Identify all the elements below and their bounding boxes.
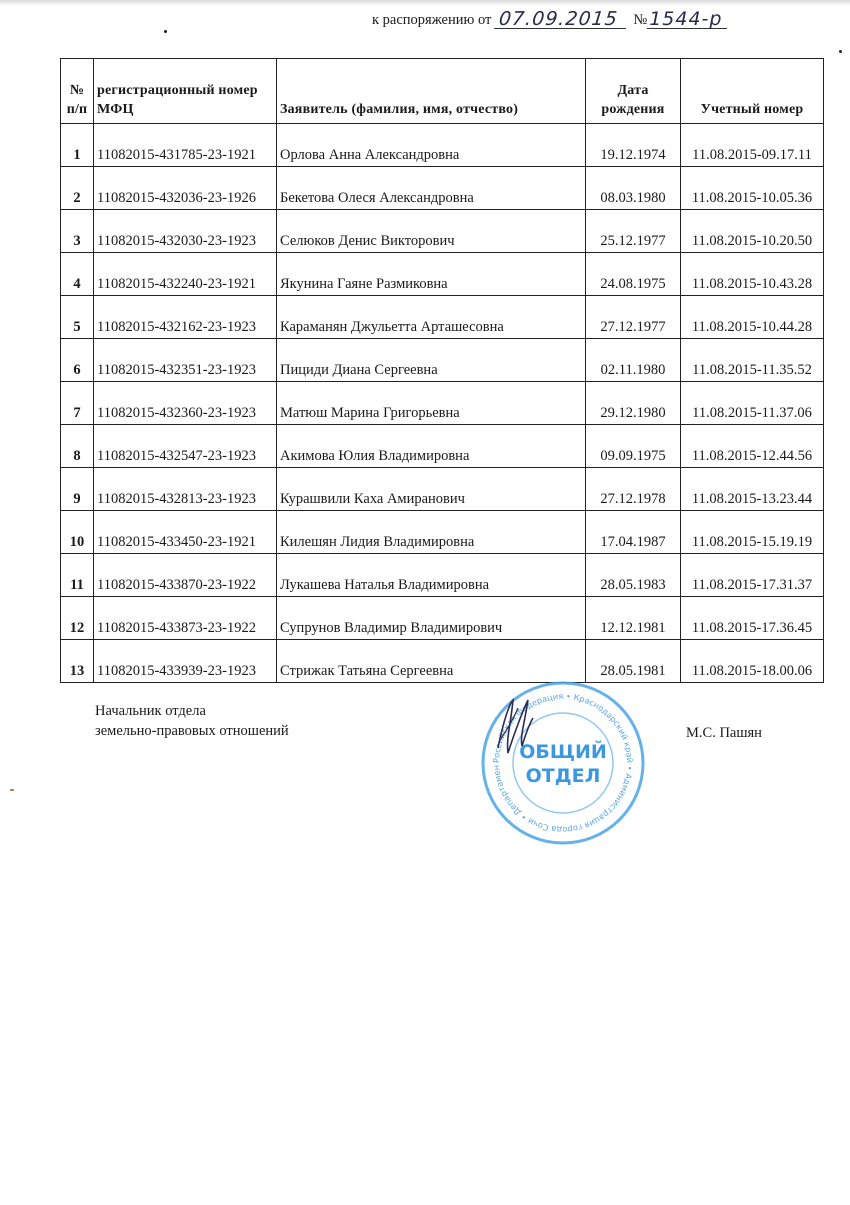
row-number: 1 bbox=[61, 124, 94, 167]
row-number: 7 bbox=[61, 382, 94, 425]
registration-number: 11082015-432351-23-1923 bbox=[94, 339, 277, 382]
table-row: 1111082015-433870-23-1922Лукашева Наталь… bbox=[61, 554, 824, 597]
stamp-outer-ring bbox=[483, 683, 643, 843]
registration-number: 11082015-432036-23-1926 bbox=[94, 167, 277, 210]
birth-date: 02.11.1980 bbox=[586, 339, 681, 382]
registration-number: 11082015-432240-23-1921 bbox=[94, 253, 277, 296]
table-body: 111082015-431785-23-1921Орлова Анна Алек… bbox=[61, 124, 824, 683]
row-number: 12 bbox=[61, 597, 94, 640]
registration-number: 11082015-432813-23-1923 bbox=[94, 468, 277, 511]
table-header-row: № п/п регистрационный номер МФЦ Заявител… bbox=[61, 59, 824, 124]
applicant-name: Акимова Юлия Владимировна bbox=[277, 425, 586, 468]
birth-date: 08.03.1980 bbox=[586, 167, 681, 210]
table-row: 1211082015-433873-23-1922Супрунов Владим… bbox=[61, 597, 824, 640]
position-line-2: земельно-правовых отношений bbox=[95, 721, 289, 741]
official-stamp: Российская Федерация • Краснодарский кра… bbox=[478, 678, 648, 848]
row-number: 3 bbox=[61, 210, 94, 253]
order-reference: к распоряжению от 07.09.2015 № 1544-р bbox=[372, 10, 727, 29]
birth-date: 09.09.1975 bbox=[586, 425, 681, 468]
applicant-name: Супрунов Владимир Владимирович bbox=[277, 597, 586, 640]
col-header-number: № п/п bbox=[61, 59, 94, 124]
account-number: 11.08.2015-15.19.19 bbox=[681, 511, 824, 554]
account-number: 11.08.2015-10.44.28 bbox=[681, 296, 824, 339]
table-row: 611082015-432351-23-1923Пициди Диана Сер… bbox=[61, 339, 824, 382]
applicant-name: Караманян Джульетта Арташесовна bbox=[277, 296, 586, 339]
col-header-applicant: Заявитель (фамилия, имя, отчество) bbox=[277, 59, 586, 124]
row-number: 13 bbox=[61, 640, 94, 683]
table-row: 111082015-431785-23-1921Орлова Анна Алек… bbox=[61, 124, 824, 167]
scan-speck bbox=[164, 30, 167, 33]
applicant-name: Килешян Лидия Владимировна bbox=[277, 511, 586, 554]
scan-speck bbox=[839, 50, 842, 53]
account-number: 11.08.2015-17.31.37 bbox=[681, 554, 824, 597]
registration-number: 11082015-433939-23-1923 bbox=[94, 640, 277, 683]
row-number: 2 bbox=[61, 167, 94, 210]
scan-speck bbox=[10, 789, 14, 791]
birth-date: 17.04.1987 bbox=[586, 511, 681, 554]
applicant-name: Пициди Диана Сергеевна bbox=[277, 339, 586, 382]
registration-number: 11082015-432547-23-1923 bbox=[94, 425, 277, 468]
table-row: 211082015-432036-23-1926Бекетова Олеся А… bbox=[61, 167, 824, 210]
row-number: 11 bbox=[61, 554, 94, 597]
account-number: 11.08.2015-10.43.28 bbox=[681, 253, 824, 296]
row-number: 6 bbox=[61, 339, 94, 382]
table-row: 911082015-432813-23-1923Курашвили Каха А… bbox=[61, 468, 824, 511]
birth-date: 29.12.1980 bbox=[586, 382, 681, 425]
applicants-table: № п/п регистрационный номер МФЦ Заявител… bbox=[60, 58, 824, 683]
number-sign: № bbox=[633, 12, 647, 29]
table-row: 811082015-432547-23-1923Акимова Юлия Вла… bbox=[61, 425, 824, 468]
row-number: 4 bbox=[61, 253, 94, 296]
table-row: 411082015-432240-23-1921Якунина Гаяне Ра… bbox=[61, 253, 824, 296]
birth-date: 28.05.1983 bbox=[586, 554, 681, 597]
account-number: 11.08.2015-11.35.52 bbox=[681, 339, 824, 382]
registration-number: 11082015-432030-23-1923 bbox=[94, 210, 277, 253]
account-number: 11.08.2015-11.37.06 bbox=[681, 382, 824, 425]
registration-number: 11082015-431785-23-1921 bbox=[94, 124, 277, 167]
row-number: 9 bbox=[61, 468, 94, 511]
order-date-handwritten: 07.09.2015 bbox=[494, 10, 628, 29]
birth-date: 25.12.1977 bbox=[586, 210, 681, 253]
signatory-position: Начальник отдела земельно-правовых отнош… bbox=[95, 701, 289, 741]
col-header-birth-date: Дата рождения bbox=[586, 59, 681, 124]
account-number: 11.08.2015-10.20.50 bbox=[681, 210, 824, 253]
table-row: 1011082015-433450-23-1921Килешян Лидия В… bbox=[61, 511, 824, 554]
row-number: 10 bbox=[61, 511, 94, 554]
birth-date: 27.12.1978 bbox=[586, 468, 681, 511]
account-number: 11.08.2015-18.00.06 bbox=[681, 640, 824, 683]
table-row: 511082015-432162-23-1923Караманян Джулье… bbox=[61, 296, 824, 339]
row-number: 5 bbox=[61, 296, 94, 339]
registration-number: 11082015-432360-23-1923 bbox=[94, 382, 277, 425]
birth-date: 24.08.1975 bbox=[586, 253, 681, 296]
stamp-center-line-2: ОТДЕЛ bbox=[526, 765, 601, 787]
registration-number: 11082015-433873-23-1922 bbox=[94, 597, 277, 640]
scan-edge bbox=[0, 0, 850, 6]
table-row: 711082015-432360-23-1923Матюш Марина Гри… bbox=[61, 382, 824, 425]
table-row: 1311082015-433939-23-1923Стрижак Татьяна… bbox=[61, 640, 824, 683]
birth-date: 12.12.1981 bbox=[586, 597, 681, 640]
registration-number: 11082015-433450-23-1921 bbox=[94, 511, 277, 554]
registration-number: 11082015-433870-23-1922 bbox=[94, 554, 277, 597]
position-line-1: Начальник отдела bbox=[95, 701, 289, 721]
applicant-name: Бекетова Олеся Александровна bbox=[277, 167, 586, 210]
account-number: 11.08.2015-09.17.11 bbox=[681, 124, 824, 167]
account-number: 11.08.2015-17.36.45 bbox=[681, 597, 824, 640]
signatory-name: М.С. Пашян bbox=[686, 725, 762, 742]
birth-date: 27.12.1977 bbox=[586, 296, 681, 339]
table-row: 311082015-432030-23-1923Селюков Денис Ви… bbox=[61, 210, 824, 253]
applicant-name: Курашвили Каха Амиранович bbox=[277, 468, 586, 511]
order-number-handwritten: 1544-р bbox=[647, 10, 727, 29]
order-prefix: к распоряжению от bbox=[372, 12, 491, 29]
registration-number: 11082015-432162-23-1923 bbox=[94, 296, 277, 339]
applicant-name: Матюш Марина Григорьевна bbox=[277, 382, 586, 425]
stamp-center-line-1: ОБЩИЙ bbox=[519, 740, 607, 763]
row-number: 8 bbox=[61, 425, 94, 468]
applicant-name: Селюков Денис Викторович bbox=[277, 210, 586, 253]
col-header-registration: регистрационный номер МФЦ bbox=[94, 59, 277, 124]
account-number: 11.08.2015-12.44.56 bbox=[681, 425, 824, 468]
col-header-account-number: Учетный номер bbox=[681, 59, 824, 124]
birth-date: 19.12.1974 bbox=[586, 124, 681, 167]
applicant-name: Орлова Анна Александровна bbox=[277, 124, 586, 167]
account-number: 11.08.2015-13.23.44 bbox=[681, 468, 824, 511]
birth-date: 28.05.1981 bbox=[586, 640, 681, 683]
account-number: 11.08.2015-10.05.36 bbox=[681, 167, 824, 210]
applicant-name: Якунина Гаяне Размиковна bbox=[277, 253, 586, 296]
applicant-name: Лукашева Наталья Владимировна bbox=[277, 554, 586, 597]
applicant-name: Стрижак Татьяна Сергеевна bbox=[277, 640, 586, 683]
